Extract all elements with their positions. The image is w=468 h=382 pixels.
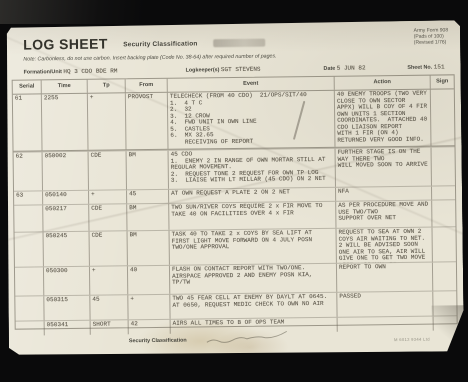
log-cell-sign [430,89,455,145]
log-cell-tp: + [87,93,126,149]
sheet-number-value: 151 [434,63,445,70]
log-cell-sign [433,316,457,330]
log-table: Serial Time Tp From Event Action Sign 61… [12,74,458,329]
log-cell-action: 40 ENEMY TROOPS (TWO VERY CLOSE TO OWN S… [334,90,431,147]
security-classification-top-label: Security Classification [123,40,197,48]
log-cell-tp: 45 [89,295,127,319]
sheet-number-field: Sheet No. 151 [407,63,444,70]
log-cell-sign [431,186,455,199]
printer-imprint: M 6013 9344 Ltd [394,337,430,342]
log-cell-time: 050002 [42,152,88,191]
log-cell-event: AT OWN REQUEST A PLATE 2 ON 2 NET [168,188,335,203]
army-form-reference: Army Form 908 (Pads of 100) (Revised 1/7… [414,27,449,45]
log-cell-time: 050140 [42,191,88,205]
log-cell-from: 40 [127,266,169,295]
log-cell-event: TASK 40 TO TAKE 2 x COYS BY SEA LIFT AT … [169,229,336,265]
form-title: LOG SHEET [23,36,108,53]
log-cell-action: AS PER PROCEDURE MOVE AND USE TWO/TWO SU… [335,201,431,228]
log-cell-from: 45 [126,190,168,204]
log-cell-tp: CDE [88,151,126,189]
date-field: Date 5 JUN 82 [323,64,365,72]
log-cell-serial [15,296,43,320]
photo-canvas: { "form": { "title": "LOG SHEET", "secur… [0,0,468,382]
log-cell-tp: + [88,190,126,203]
log-cell-tp: CDE [88,204,126,230]
log-cell-action [337,317,433,332]
column-header-event: Event [167,77,334,92]
column-header-serial: Serial [13,80,41,93]
sheet-number-label: Sheet No. [407,65,432,71]
log-table-row: 61 2255 + PROVOST TELECHECK (FROM 40 CDO… [13,89,455,151]
log-cell-action: FURTHER STAGE IS ON THE WAY THERE TWO WI… [335,148,431,187]
log-cell-event: TELECHECK (FROM 40 CDO) 21/OPS/SIT/40 1.… [167,91,335,149]
log-cell-from: 42 [128,320,170,335]
logkeeper-label: Logkeeper(s) [186,67,220,73]
column-header-from: From [125,79,167,93]
log-cell-action: REPORT TO OWN [336,263,432,292]
log-cell-sign [431,227,455,261]
log-cell-event: 45 CDO 1. ENEMY 2 IN RANGE OF OWN MORTAR… [168,149,335,189]
column-header-action: Action [334,76,430,90]
log-cell-serial [15,232,43,266]
log-cell-sign [431,200,455,226]
log-cell-tp: + [89,266,127,294]
log-cell-time: 050217 [42,205,88,232]
classification-stamp-smudge [213,39,265,48]
log-cell-sign [432,291,456,315]
date-label: Date [324,66,336,72]
log-table-row: 62 050002 CDE BM 45 CDO 1. ENEMY 2 IN RA… [14,146,455,190]
log-cell-sign [431,147,455,185]
log-cell-serial [16,321,44,335]
handwritten-scrawl [205,329,295,346]
log-cell-event: FLASH ON CONTACT REPORT WITH TWO/ONE. AI… [169,264,336,294]
logkeeper-value: SGT STEVENS [221,66,261,73]
log-cell-from: + [127,295,169,320]
log-cell-tp: SHORT [90,320,128,334]
form-ref-line3: (Revised 1/76) [414,39,449,45]
log-sheet-paper: LOG SHEET Security Classification Army F… [5,20,464,357]
date-value: 5 JUN 82 [337,64,366,71]
column-header-sign: Sign [430,75,454,88]
formation-unit-field: Formation/Unit HQ 3 CDO BDE RM [24,67,118,75]
log-cell-action: REQUEST TO SEA AT OWN 2 COYS AIR WAITING… [335,228,431,263]
log-cell-serial: 62 [14,152,42,190]
column-header-time: Time [41,80,87,94]
logkeeper-field: Logkeeper(s) SGT STEVENS [186,66,261,74]
log-cell-time: 050245 [43,232,89,267]
log-cell-from: BM [127,231,169,266]
log-cell-sign [432,262,456,290]
log-cell-tp: CDE [89,231,127,265]
log-table-body: 61 2255 + PROVOST TELECHECK (FROM 40 CDO… [13,89,457,335]
log-cell-serial [15,267,43,295]
carbonless-note: Note: Carbonless, do not use carbon. Ins… [23,52,400,63]
log-cell-event: TWO SUN/RIVER COYS REQUIRE 2 x FIR MOVE … [168,202,335,230]
log-cell-event: TWO 45 FEAR CELL AT ENEMY BY DAYLT AT 06… [169,293,336,319]
log-cell-time: 050300 [43,267,89,296]
security-classification-bottom-label: Security Classification [129,338,187,345]
log-cell-action: NFA [335,187,431,201]
log-cell-from: BM [126,204,168,231]
log-cell-time: 050315 [43,296,89,321]
log-table-row: 050245 CDE BM TASK 40 TO TAKE 2 x COYS B… [15,226,456,266]
background-sheen [0,0,180,24]
log-cell-from: BM [126,151,168,190]
log-cell-serial: 61 [13,94,42,150]
log-cell-action: PASSED [336,292,432,317]
formation-unit-value: HQ 3 CDO BDE RM [63,67,117,75]
formation-unit-label: Formation/Unit [24,69,62,75]
log-cell-time: 2255 [41,94,88,151]
log-table-row: 050217 CDE BM TWO SUN/RIVER COYS REQUIRE… [14,199,455,231]
log-table-row: 050300 + 40 FLASH ON CONTACT REPORT WITH… [15,261,456,295]
log-cell-serial [14,205,42,231]
log-cell-from: PROVOST [125,93,168,150]
column-header-tp: Tp [87,79,125,92]
log-cell-serial: 63 [14,191,42,204]
log-cell-time: 050341 [44,321,90,336]
